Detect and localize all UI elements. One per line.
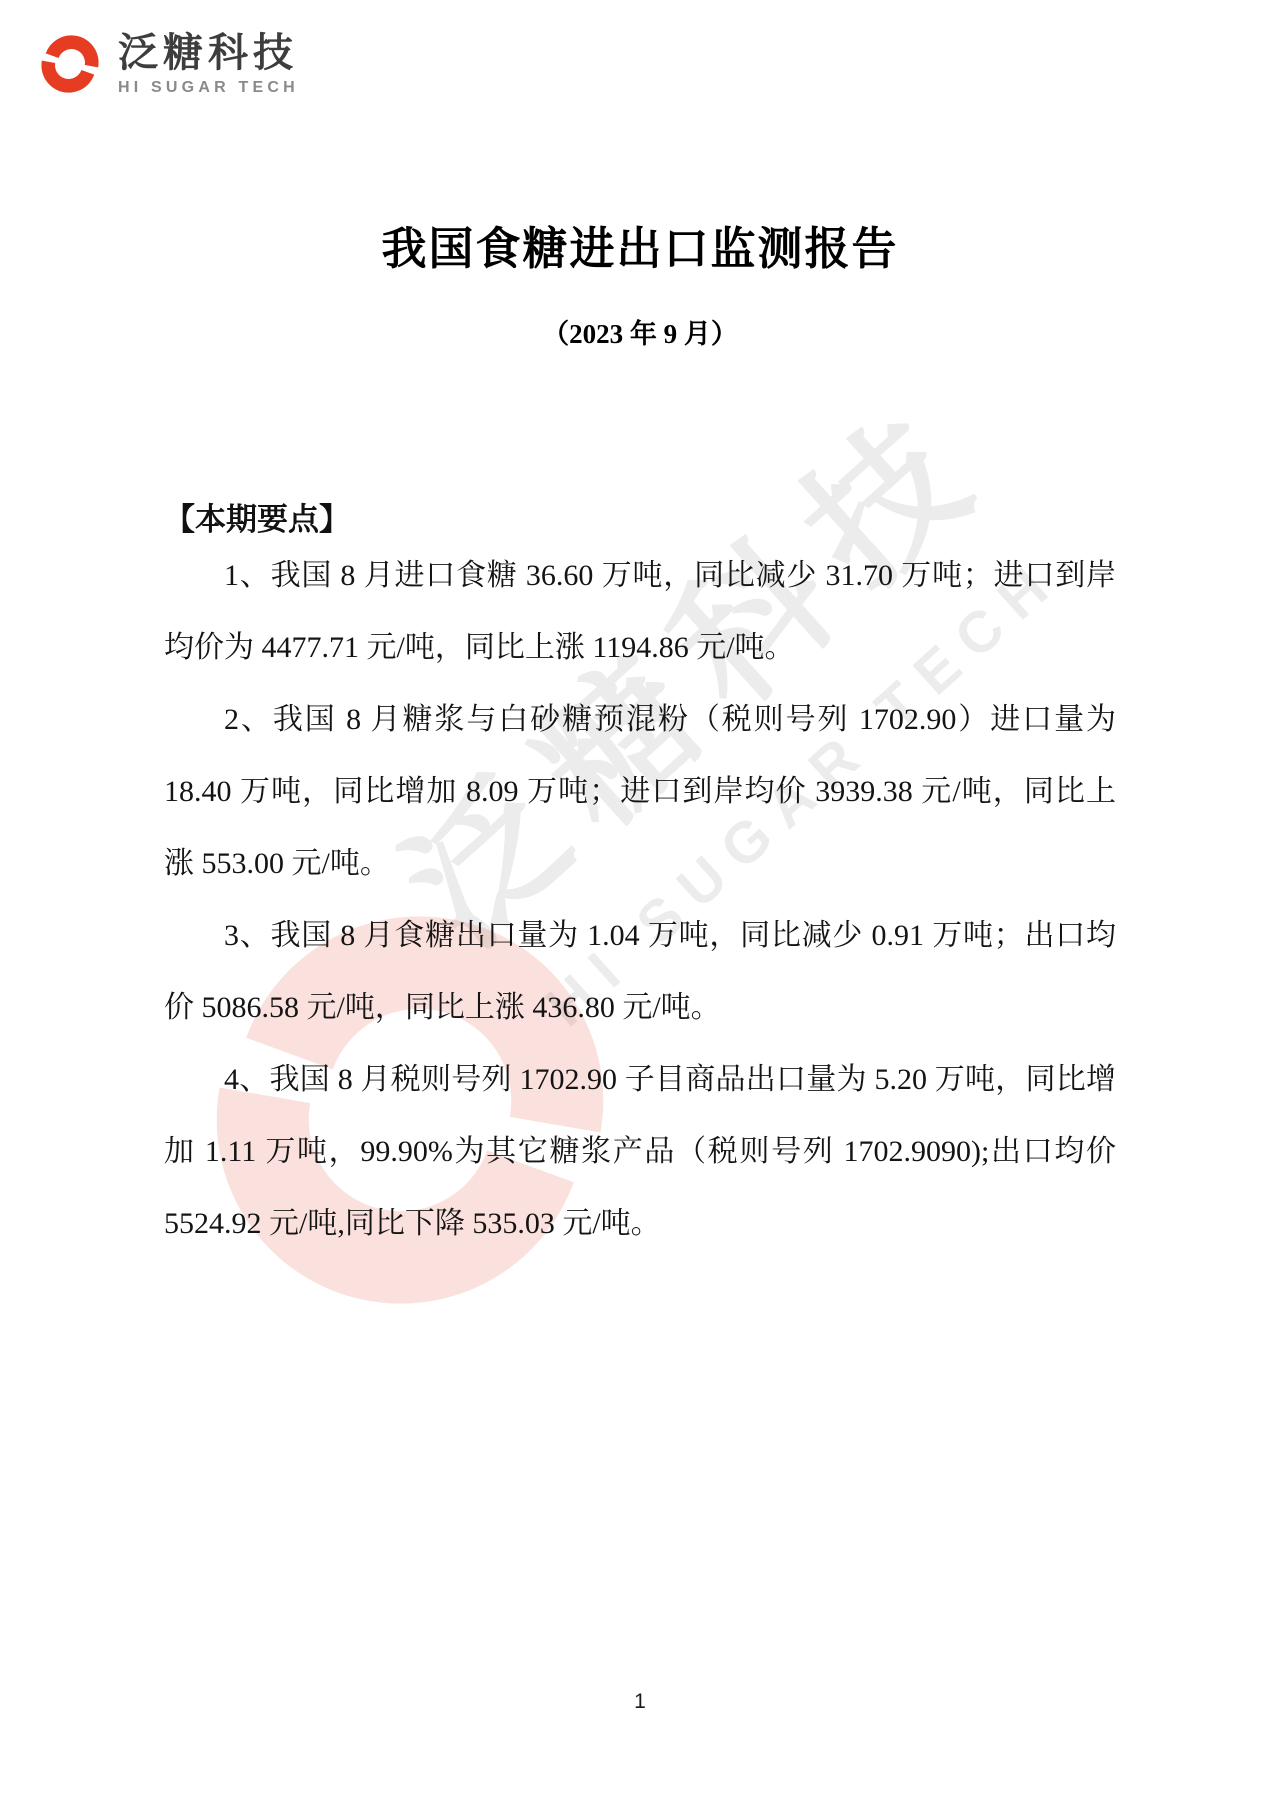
key-point-paragraph-2: 2、我国 8 月糖浆与白砂糖预混粉（税则号列 1702.90）进口量为 18.4…	[164, 684, 1116, 900]
key-points-list: 1、我国 8 月进口食糖 36.60 万吨，同比减少 31.70 万吨；进口到岸…	[164, 540, 1116, 1260]
document-content: 我国食糖进出口监测报告 （2023 年 9 月） 【本期要点】 1、我国 8 月…	[164, 0, 1116, 1260]
report-title: 我国食糖进出口监测报告	[164, 222, 1116, 276]
page-number: 1	[0, 1690, 1280, 1714]
logo-name-cn: 泛糖科技	[118, 32, 299, 74]
key-point-paragraph-4: 4、我国 8 月税则号列 1702.90 子目商品出口量为 5.20 万吨，同比…	[164, 1044, 1116, 1260]
logo-swirl-upper	[46, 35, 99, 67]
report-page: 泛糖科技 HI SUGAR TECH 泛糖科技 HI SUGAR TECH 我国…	[0, 0, 1280, 1810]
key-point-paragraph-3: 3、我国 8 月食糖出口量为 1.04 万吨，同比减少 0.91 万吨；出口均价…	[164, 900, 1116, 1044]
logo-wordmark: 泛糖科技 HI SUGAR TECH	[118, 32, 299, 97]
logo-name-en: HI SUGAR TECH	[118, 79, 299, 97]
logo-swirl-lower	[41, 61, 94, 93]
hi-sugar-tech-logo-icon	[36, 30, 104, 98]
company-logo: 泛糖科技 HI SUGAR TECH	[36, 30, 299, 98]
report-period: （2023 年 9 月）	[164, 318, 1116, 350]
section-heading-key-points: 【本期要点】	[164, 500, 1116, 540]
key-point-paragraph-1: 1、我国 8 月进口食糖 36.60 万吨，同比减少 31.70 万吨；进口到岸…	[164, 540, 1116, 684]
